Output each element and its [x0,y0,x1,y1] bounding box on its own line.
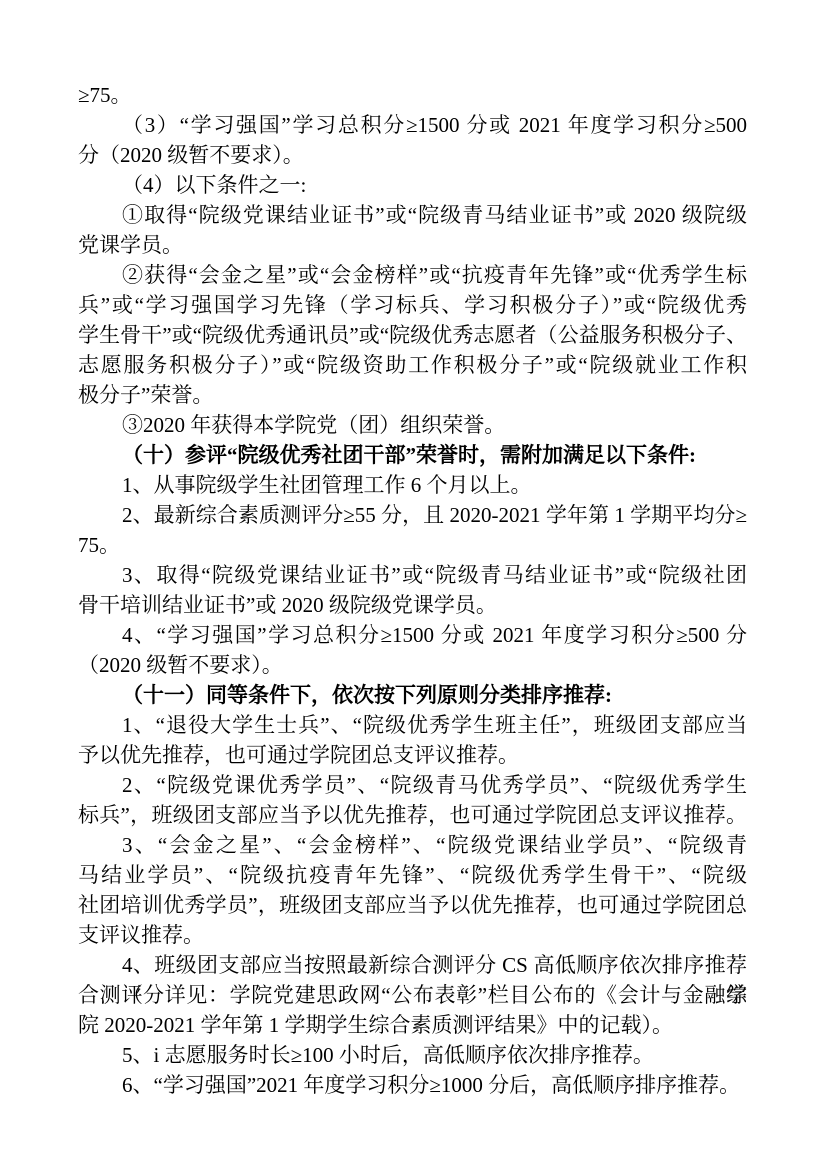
text-line: ①取得“院级党课结业证书”或“院级青马结业证书”或 2020 级院级 [78,200,747,230]
text-line: （4）以下条件之一: [78,170,747,200]
text-line: 合测评分详见：学院党建思政网“公布表彰”栏目公布的《会计与金融学 [78,980,747,1010]
text-line: 马结业学员”、“院级抗疫青年先锋”、“院级优秀学生骨干”、“院级 [78,860,747,890]
text-line: （3）“学习强国”学习总积分≥1500 分或 2021 年度学习积分≥500 [78,110,747,140]
text-line: 1、从事院级学生社团管理工作 6 个月以上。 [78,470,747,500]
section-heading: （十）参评“院级优秀社团干部”荣誉时，需附加满足以下条件: [78,440,747,470]
document-page: ≥75。（3）“学习强国”学习总积分≥1500 分或 2021 年度学习积分≥5… [0,0,827,1169]
document-body: ≥75。（3）“学习强国”学习总积分≥1500 分或 2021 年度学习积分≥5… [78,80,747,1100]
text-line: 极分子”荣誉。 [78,380,747,410]
text-line: 分（2020 级暂不要求）。 [78,140,747,170]
text-line: 党课学员。 [78,230,747,260]
text-line: 社团培训优秀学员”，班级团支部应当予以优先推荐，也可通过学院团总 [78,890,747,920]
text-line: 4、“学习强国”学习总积分≥1500 分或 2021 年度学习积分≥500 分 [78,620,747,650]
text-line: （2020 级暂不要求）。 [78,650,747,680]
section-heading: （十一）同等条件下，依次按下列原则分类排序推荐: [78,680,747,710]
text-line: ②获得“会金之星”或“会金榜样”或“抗疫青年先锋”或“优秀学生标 [78,260,747,290]
text-line: 标兵”，班级团支部应当予以优先推荐，也可通过学院团总支评议推荐。 [78,800,747,830]
text-line: 学生骨干”或“院级优秀通讯员”或“院级优秀志愿者（公益服务积极分子、 [78,320,747,350]
text-line: 兵”或“学习强国学习先锋（学习标兵、学习积极分子）”或“院级优秀 [78,290,747,320]
text-line: ≥75。 [78,80,747,110]
text-line: 3、“会金之星”、“会金榜样”、“院级党课结业学员”、“院级青 [78,830,747,860]
text-line: 1、“退役大学生士兵”、“院级优秀学生班主任”，班级团支部应当 [78,710,747,740]
text-line: 予以优先推荐，也可通过学院团总支评议推荐。 [78,740,747,770]
text-line: ③2020 年获得本学院党（团）组织荣誉。 [78,410,747,440]
text-line: 院 2020-2021 学年第 1 学期学生综合素质测评结果》中的记载）。 [78,1010,747,1040]
text-line: 骨干培训结业证书”或 2020 级院级党课学员。 [78,590,747,620]
text-line: 75。 [78,530,747,560]
text-line: 4、班级团支部应当按照最新综合测评分 CS 高低顺序依次排序推荐（综 [78,950,747,980]
text-line: 6、“学习强国”2021 年度学习积分≥1000 分后，高低顺序排序推荐。 [78,1070,747,1100]
text-line: 志愿服务积极分子）”或“院级资助工作积极分子”或“院级就业工作积 [78,350,747,380]
text-line: 2、最新综合素质测评分≥55 分，且 2020-2021 学年第 1 学期平均分… [78,500,747,530]
text-line: 支评议推荐。 [78,920,747,950]
text-line: 2、“院级党课优秀学员”、“院级青马优秀学员”、“院级优秀学生 [78,770,747,800]
text-line: 5、i 志愿服务时长≥100 小时后，高低顺序依次排序推荐。 [78,1040,747,1070]
text-line: 3、取得“院级党课结业证书”或“院级青马结业证书”或“院级社团 [78,560,747,590]
